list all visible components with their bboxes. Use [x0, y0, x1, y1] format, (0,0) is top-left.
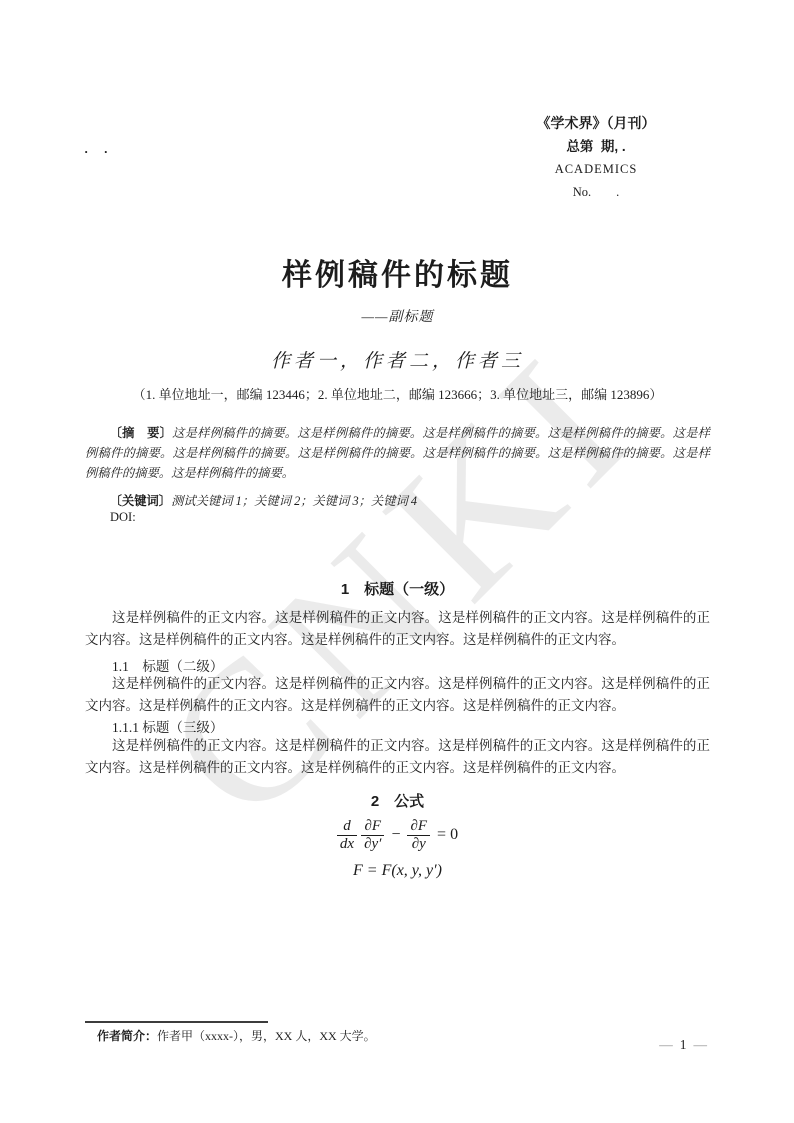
abstract-label: 〔摘 要〕 [110, 426, 173, 440]
fraction-d-dx: ddx [337, 818, 357, 854]
page-number-value: 1 [680, 1037, 688, 1052]
formula-euler-lagrange: ddx∂F∂y′−∂F∂y= 0 [85, 818, 710, 854]
issue-placeholder-dots: · · [84, 144, 114, 160]
footnote-label: 作者简介： [97, 1029, 157, 1043]
fraction-dF-dy: ∂F∂y [407, 818, 430, 854]
doi-line: DOI: [85, 510, 710, 525]
footnote-rule [85, 1021, 268, 1023]
body-paragraph-3: 这是样例稿件的正文内容。这是样例稿件的正文内容。这是样例稿件的正文内容。这是样例… [85, 735, 710, 778]
journal-header-block: 《学术界》（月刊） 总第 期, . ACADEMICS No. . [476, 112, 716, 204]
section-heading-1-1-1: 1.1.1 标题（三级） [85, 716, 710, 736]
journal-no-line: No. . [476, 181, 716, 204]
footnote-text: 作者甲（xxxx-），男，XX 人，XX 大学。 [157, 1029, 376, 1043]
affiliation-line: （1. 单位地址一，邮编 123446；2. 单位地址二，邮编 123666；3… [85, 384, 710, 403]
minus-operator: − [391, 826, 400, 844]
page-number: —1— [653, 1037, 714, 1053]
abstract-paragraph: 〔摘 要〕这是样例稿件的摘要。这是样例稿件的摘要。这是样例稿件的摘要。这是样例稿… [85, 423, 710, 483]
section-heading-1-1: 1.1 标题（二级） [85, 655, 710, 675]
footnote-bio: 作者简介：作者甲（xxxx-），男，XX 人，XX 大学。 [85, 1027, 645, 1046]
document-page: CNKI · · 《学术界》（月刊） 总第 期, . ACADEMICS No.… [0, 0, 794, 1123]
section-heading-2: 2 公式 [85, 790, 710, 811]
formula-definition: F = F(x, y, y′) [85, 862, 710, 880]
journal-name-cn: 《学术界》（月刊） [476, 112, 716, 135]
journal-name-en: ACADEMICS [476, 158, 716, 181]
body-paragraph-2: 这是样例稿件的正文内容。这是样例稿件的正文内容。这是样例稿件的正文内容。这是样例… [85, 673, 710, 716]
article-subtitle: ——副标题 [85, 306, 710, 326]
keywords-label: 〔关键词〕 [110, 494, 172, 508]
fraction-dF-dyprime: ∂F∂y′ [361, 818, 384, 854]
keywords-line: 〔关键词〕测试关键词 1；关键词 2；关键词 3；关键词 4 [85, 491, 710, 509]
body-paragraph-1: 这是样例稿件的正文内容。这是样例稿件的正文内容。这是样例稿件的正文内容。这是样例… [85, 607, 710, 650]
keywords-text: 测试关键词 1；关键词 2；关键词 3；关键词 4 [171, 494, 417, 508]
abstract-text: 这是样例稿件的摘要。这是样例稿件的摘要。这是样例稿件的摘要。这是样例稿件的摘要。… [85, 426, 710, 480]
page-number-left-dash: — [659, 1037, 674, 1052]
authors-line: 作者一，作者二，作者三 [85, 346, 710, 373]
article-title: 样例稿件的标题 [85, 250, 710, 294]
journal-issue-line: 总第 期, . [476, 135, 716, 158]
page-number-right-dash: — [694, 1037, 709, 1052]
equals-zero: = 0 [437, 826, 458, 844]
section-heading-1: 1 标题（一级） [85, 578, 710, 599]
